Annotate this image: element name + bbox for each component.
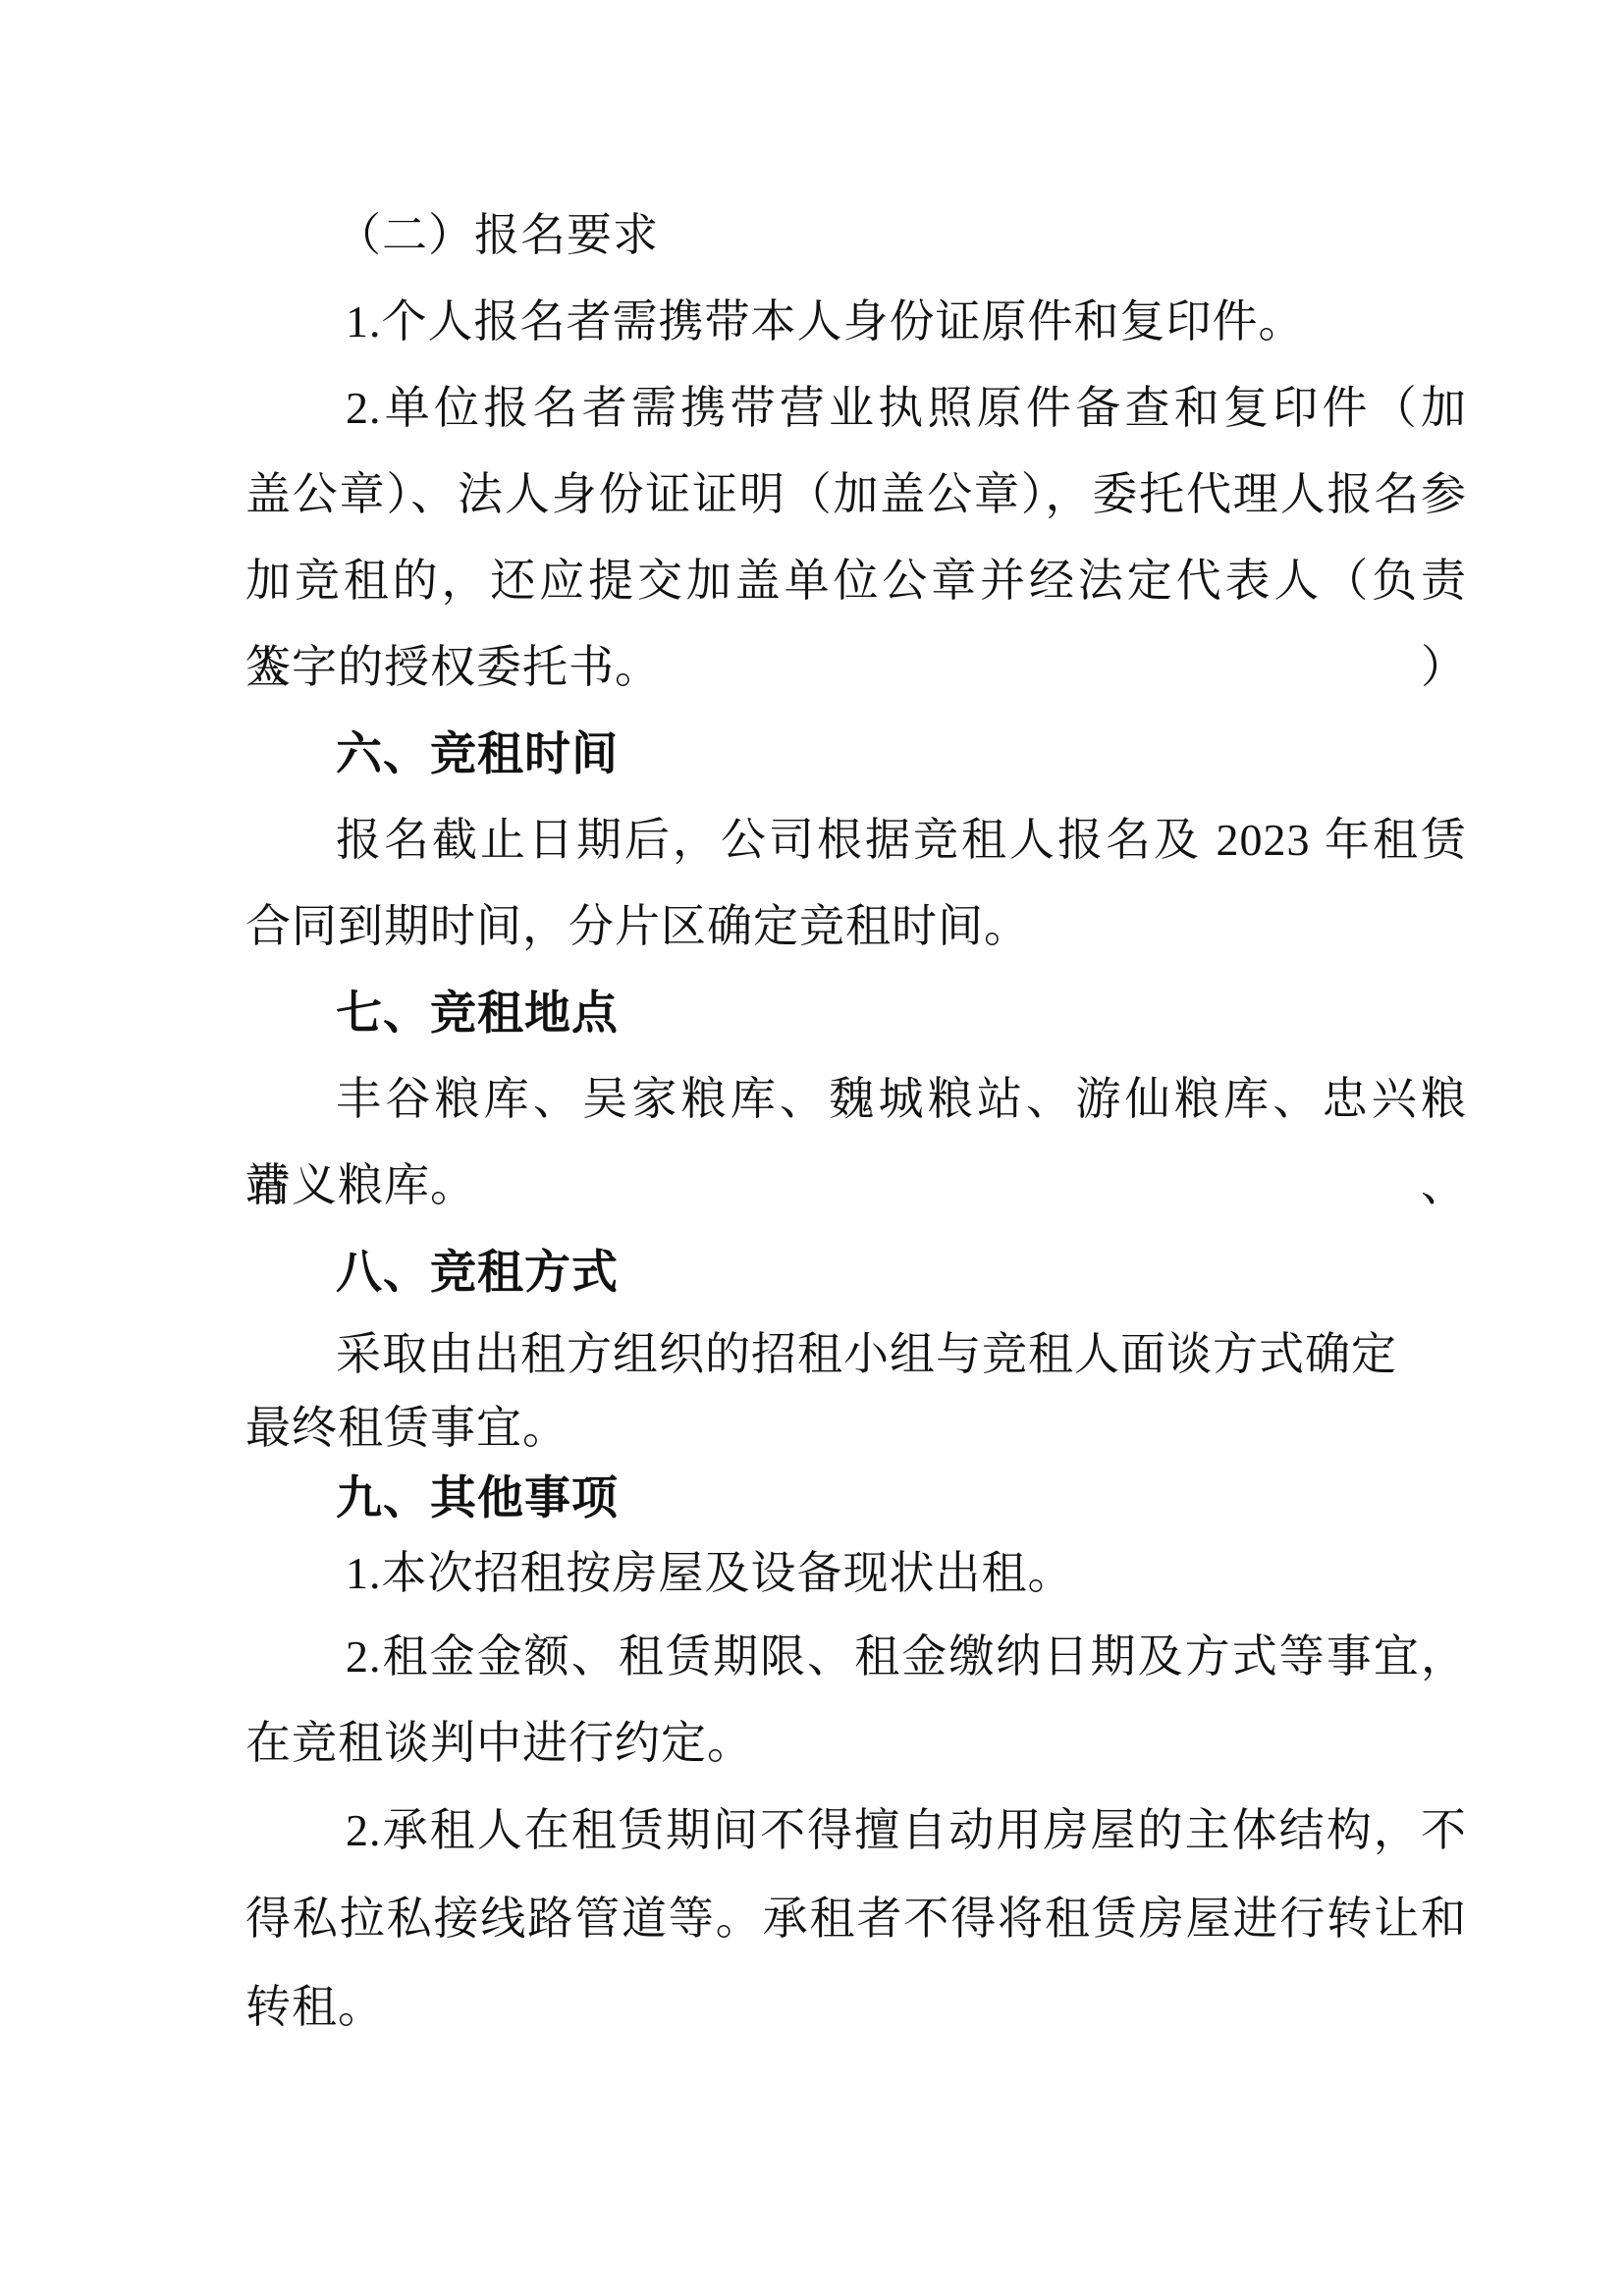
body-line: 采取由出租方组织的招租小组与竞租人面谈方式确定 — [245, 1315, 1467, 1394]
body-line: 2.单位报名者需携带营业执照原件备查和复印件（加 — [245, 365, 1467, 452]
section-heading: 八、竞租方式 — [245, 1229, 1467, 1315]
body-line: 1.个人报名者需携带本人身份证原件和复印件。 — [245, 279, 1467, 365]
body-line: 2.承租人在租赁期间不得擅自动用房屋的主体结构，不 — [245, 1787, 1467, 1875]
body-line: 在竞租谈判中进行约定。 — [245, 1700, 1467, 1787]
body-line: 盖公章）、法人身份证证明（加盖公章），委托代理人报名参 — [245, 452, 1467, 538]
body-line: 得私拉私接线路管道等。承租者不得将租赁房屋进行转让和 — [245, 1875, 1467, 1963]
body-line: 最终租赁事宜。 — [245, 1394, 1467, 1463]
subsection-title: （二）报名要求 — [245, 192, 1467, 279]
body-line: 报名截止日期后，公司根据竞租人报名及 2023 年租赁 — [245, 797, 1467, 883]
document-content: （二）报名要求 1.个人报名者需携带本人身份证原件和复印件。 2.单位报名者需携… — [245, 192, 1467, 2052]
body-line: 加竞租的，还应提交加盖单位公章并经法定代表人（负责人） — [245, 538, 1467, 624]
section-heading: 七、竞租地点 — [245, 970, 1467, 1056]
section-heading: 九、其他事项 — [245, 1463, 1467, 1533]
body-line: 丰谷粮库、吴家粮库、魏城粮站、游仙粮库、忠兴粮站、 — [245, 1056, 1467, 1143]
document-page: （二）报名要求 1.个人报名者需携带本人身份证原件和复印件。 2.单位报名者需携… — [0, 0, 1624, 2296]
body-line: 转租。 — [245, 1963, 1467, 2052]
body-line: 1.本次招租按房屋及设备现状出租。 — [245, 1533, 1467, 1614]
body-line: 2.租金金额、租赁期限、租金缴纳日期及方式等事宜， — [245, 1614, 1467, 1700]
section-heading: 六、竞租时间 — [245, 711, 1467, 797]
body-line: 合同到期时间，分片区确定竞租时间。 — [245, 883, 1467, 970]
